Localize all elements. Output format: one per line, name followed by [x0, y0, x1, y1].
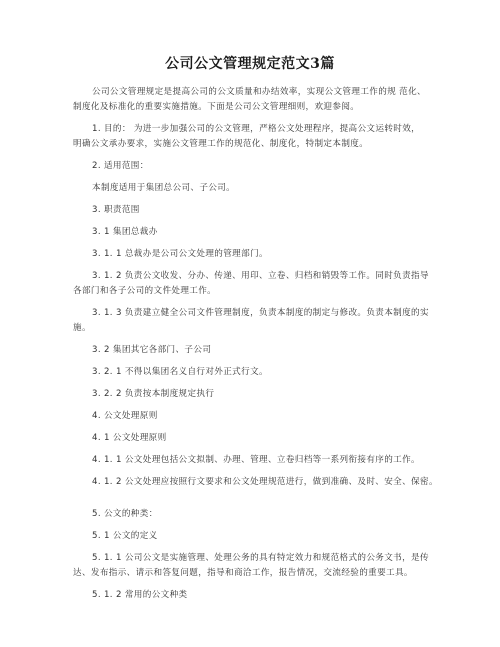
paragraph-line: 5. 1. 1 公司公文是实施管理、处理公务的具有特定效力和规范格式的公务文书，… [92, 553, 429, 564]
paragraph-line: 施。 [73, 323, 91, 334]
paragraph-line: 3. 1 集团总裁办 [92, 227, 158, 238]
document-title: 公司公文管理规定范文3篇 [0, 53, 500, 73]
paragraph-line: 5. 1. 2 常用的公文种类 [92, 590, 187, 601]
paragraph-line: 5. 公文的种类： [92, 509, 158, 520]
paragraph-line: 3. 职责范围 [92, 205, 140, 216]
paragraph-line: 4. 1. 1 公文处理包括公文拟制、办理、管理、立卷归档等一系列衔接有序的工作… [92, 455, 420, 466]
paragraph-line: 本制度适用于集团总公司、子公司。 [92, 183, 235, 194]
paragraph-line: 3. 2. 2 负责按本制度规定执行 [92, 389, 214, 400]
paragraph-line: 4. 1. 2 公文处理应按照行文要求和公文处理规范进行，做到准确、及时、安全、… [92, 477, 438, 488]
paragraph-line: 各部门和各子公司的文件处理工作。 [73, 286, 216, 297]
paragraph-line: 4. 1 公文处理原则 [92, 433, 167, 444]
document-page: 公司公文管理规定范文3篇 公司公文管理规定是提高公司的公文质量和办结效率，实现公… [0, 0, 500, 647]
paragraph-line: 1. 目的： 为进一步加强公司的公文管理，严格公文处理程序，提高公文运转时效， [92, 124, 420, 135]
paragraph-line: 达、发布指示、请示和答复问题，指导和商洽工作，报告情况，交流经验的重要工具。 [73, 568, 413, 579]
paragraph-line: 制度化及标准化的重要实施措施。下面是公司公文管理细则，欢迎参阅。 [73, 102, 359, 113]
paragraph-line: 明确公文承办要求，实施公文管理工作的规范化、制度化，特制定本制度。 [73, 139, 368, 150]
paragraph-line: 3. 1. 1 总裁办是公司公文处理的管理部门。 [92, 249, 268, 260]
paragraph-line: 3. 2. 1 不得以集团名义自行对外正式行文。 [92, 367, 268, 378]
paragraph-line: 3. 1. 2 负责公文收发、分办、传递、用印、立卷、归档和销毁等工作。同时负责… [92, 271, 429, 282]
paragraph-line: 4. 公文处理原则 [92, 411, 158, 422]
paragraph-line: 3. 2 集团其它各部门、子公司 [92, 345, 211, 356]
paragraph-line: 2. 适用范围： [92, 161, 149, 172]
paragraph-line: 3. 1. 3 负责建立健全公司文件管理制度，负责本制度的制定与修改。负责本制度… [92, 308, 429, 319]
paragraph-line: 公司公文管理规定是提高公司的公文质量和办结效率，实现公文管理工作的规 范化、 [92, 87, 426, 98]
paragraph-line: 5. 1 公文的定义 [92, 531, 158, 542]
